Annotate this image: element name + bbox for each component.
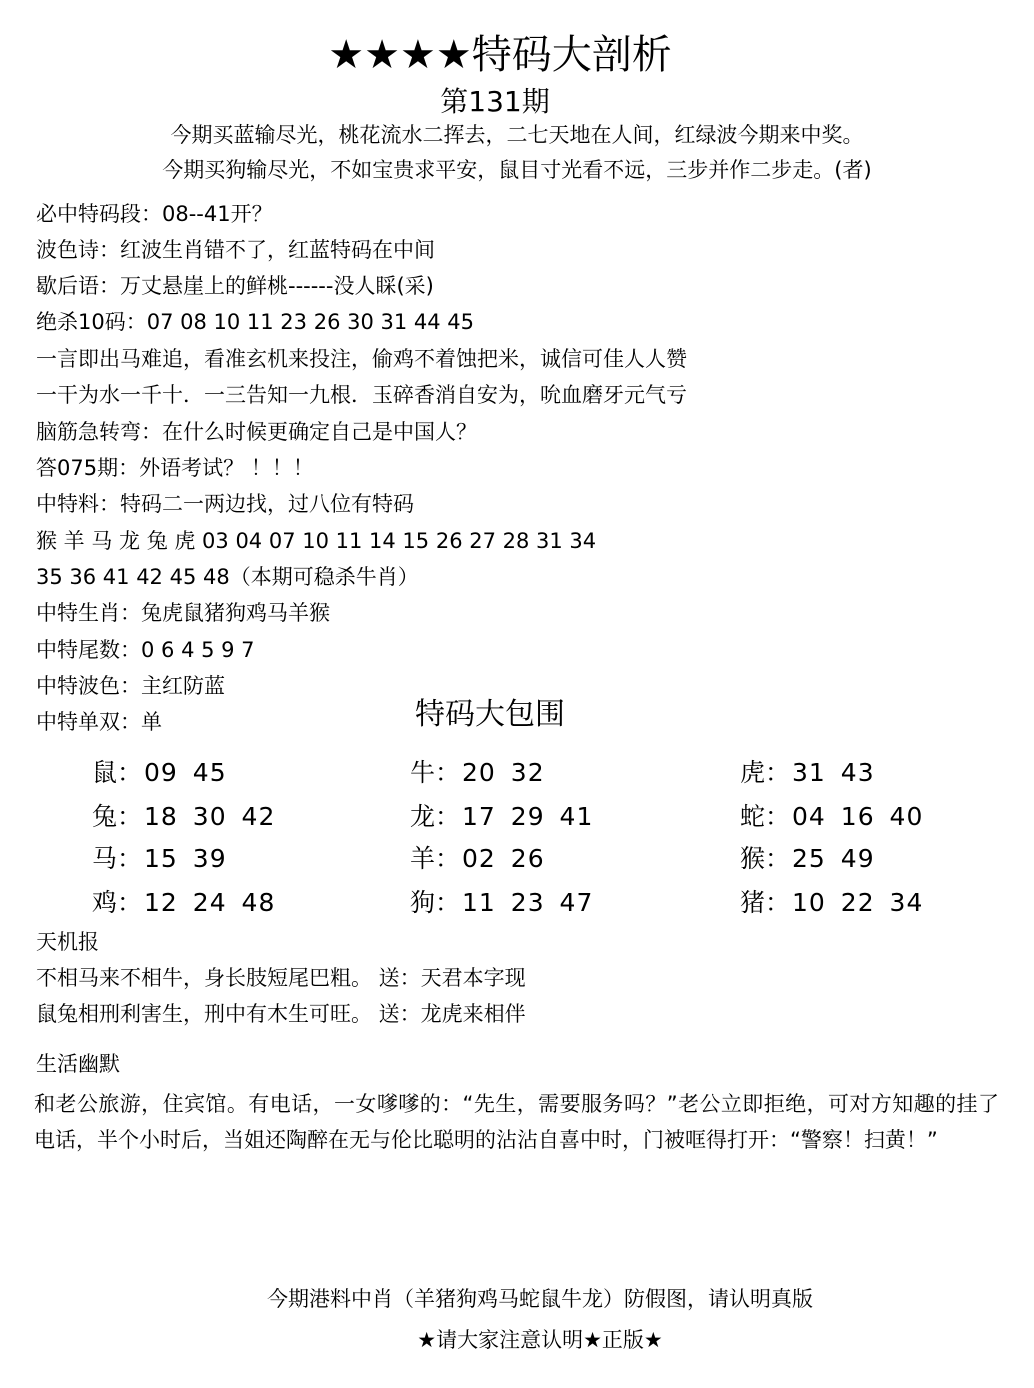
grid-cell-tiger: 虎：31 43 xyxy=(740,756,875,790)
intro-line-1: 今期买蓝输尽光，桃花流水二挥去，二七天地在人间，红绿波今期来中奖。 xyxy=(0,120,1034,150)
separator: ： xyxy=(117,758,142,787)
info-line-numbers-2: 35 36 41 42 45 48（本期可稳杀牛肖） xyxy=(36,562,419,592)
zodiac-label: 蛇 xyxy=(740,800,765,834)
separator: ： xyxy=(765,758,790,787)
grid-cell-pig: 猪：10 22 34 xyxy=(740,886,923,920)
separator: ： xyxy=(435,758,460,787)
zodiac-label: 牛 xyxy=(410,756,435,790)
info-line-xiehouyu: 歇后语：万丈悬崖上的鲜桃------没人睬(采) xyxy=(36,271,434,301)
grid-cell-rat: 鼠：09 45 xyxy=(92,756,227,790)
footer-notice: 今期港料中肖（羊猪狗鸡马蛇鼠牛龙）防假图，请认明真版 xyxy=(0,1284,1034,1314)
grid-cell-ox: 牛：20 32 xyxy=(410,756,545,790)
zodiac-label: 羊 xyxy=(410,842,435,876)
info-line-color-poem: 波色诗：红波生肖错不了，红蓝特码在中间 xyxy=(36,235,435,265)
zodiac-numbers: 25 49 xyxy=(792,844,875,873)
grid-cell-dog: 狗：11 23 47 xyxy=(410,886,593,920)
zodiac-label: 狗 xyxy=(410,886,435,920)
grid-cell-rooster: 鸡：12 24 48 xyxy=(92,886,275,920)
grid-cell-rabbit: 兔：18 30 42 xyxy=(92,800,275,834)
info-line-must-segment: 必中特码段：08--41开？ xyxy=(36,199,273,229)
separator: ： xyxy=(765,888,790,917)
tianjibao-title: 天机报 xyxy=(36,927,99,957)
grid-cell-monkey: 猴：25 49 xyxy=(740,842,875,876)
separator: ： xyxy=(765,802,790,831)
grid-cell-snake: 蛇：04 16 40 xyxy=(740,800,923,834)
zodiac-label: 鸡 xyxy=(92,886,117,920)
zodiac-numbers: 17 29 41 xyxy=(462,802,593,831)
grid-cell-dragon: 龙：17 29 41 xyxy=(410,800,593,834)
separator: ： xyxy=(117,844,142,873)
separator: ： xyxy=(117,888,142,917)
zodiac-numbers: 20 32 xyxy=(462,758,545,787)
humor-text: 和老公旅游，住宾馆。有电话，一女嗲嗲的：“先生，需要服务吗？”老公立即拒绝，可对… xyxy=(34,1086,999,1158)
intro-line-2: 今期买狗输尽光，不如宝贵求平安，鼠目寸光看不远，三步并作二步走。(者) xyxy=(0,155,1034,185)
separator: ： xyxy=(765,844,790,873)
grid-cell-goat: 羊：02 26 xyxy=(410,842,545,876)
info-line-riddle: 脑筋急转弯：在什么时候更确定自己是中国人？ xyxy=(36,417,477,447)
zodiac-numbers: 04 16 40 xyxy=(792,802,923,831)
zodiac-label: 鼠 xyxy=(92,756,117,790)
zodiac-numbers: 11 23 47 xyxy=(462,888,593,917)
zodiac-label: 猪 xyxy=(740,886,765,920)
info-line-tail-digits: 中特尾数：0 6 4 5 9 7 xyxy=(36,635,255,665)
info-line-material: 中特料：特码二一两边找，过八位有特码 xyxy=(36,489,414,519)
tianjibao-line-1: 不相马来不相牛，身长肢短尾巴粗。 送：天君本字现 xyxy=(36,963,526,993)
info-line-numbers-1: 猴 羊 马 龙 兔 虎 03 04 07 10 11 14 15 26 27 2… xyxy=(36,526,596,556)
zodiac-numbers: 09 45 xyxy=(144,758,227,787)
zodiac-numbers: 18 30 42 xyxy=(144,802,275,831)
info-line-odd-even: 中特单双：单 xyxy=(36,707,162,737)
separator: ： xyxy=(435,802,460,831)
zodiac-label: 龙 xyxy=(410,800,435,834)
separator: ： xyxy=(435,888,460,917)
tianjibao-line-2: 鼠兔相刑利害生，刑中有木生可旺。 送：龙虎来相伴 xyxy=(36,999,526,1029)
info-line-wave-color: 中特波色：主红防蓝 xyxy=(36,671,225,701)
zodiac-numbers: 15 39 xyxy=(144,844,227,873)
wraparound-title: 特码大包围 xyxy=(415,695,565,735)
zodiac-numbers: 31 43 xyxy=(792,758,875,787)
info-line-poem-2: 一干为水一千十．一三告知一九根．玉碎香消自安为，吮血磨牙元气亏 xyxy=(36,380,687,410)
zodiac-label: 猴 xyxy=(740,842,765,876)
zodiac-label: 马 xyxy=(92,842,117,876)
grid-cell-horse: 马：15 39 xyxy=(92,842,227,876)
info-line-answer: 答075期：外语考试？ ！！！ xyxy=(36,453,314,483)
zodiac-label: 兔 xyxy=(92,800,117,834)
page-title: ★★★★特码大剖析 xyxy=(0,30,1000,80)
humor-title: 生活幽默 xyxy=(36,1049,120,1079)
info-line-kill-10: 绝杀10码：07 08 10 11 23 26 30 31 44 45 xyxy=(36,307,474,337)
info-line-poem-1: 一言即出马难追，看准玄机来投注，偷鸡不着蚀把米，诚信可佳人人赞 xyxy=(36,344,687,374)
separator: ： xyxy=(435,844,460,873)
zodiac-numbers: 10 22 34 xyxy=(792,888,923,917)
zodiac-numbers: 12 24 48 xyxy=(144,888,275,917)
footer-authentic: ★请大家注意认明★正版★ xyxy=(0,1325,1034,1355)
separator: ： xyxy=(117,802,142,831)
issue-number: 第131期 xyxy=(0,84,990,120)
zodiac-label: 虎 xyxy=(740,756,765,790)
zodiac-numbers: 02 26 xyxy=(462,844,545,873)
info-line-zodiacs: 中特生肖：兔虎鼠猪狗鸡马羊猴 xyxy=(36,598,330,628)
